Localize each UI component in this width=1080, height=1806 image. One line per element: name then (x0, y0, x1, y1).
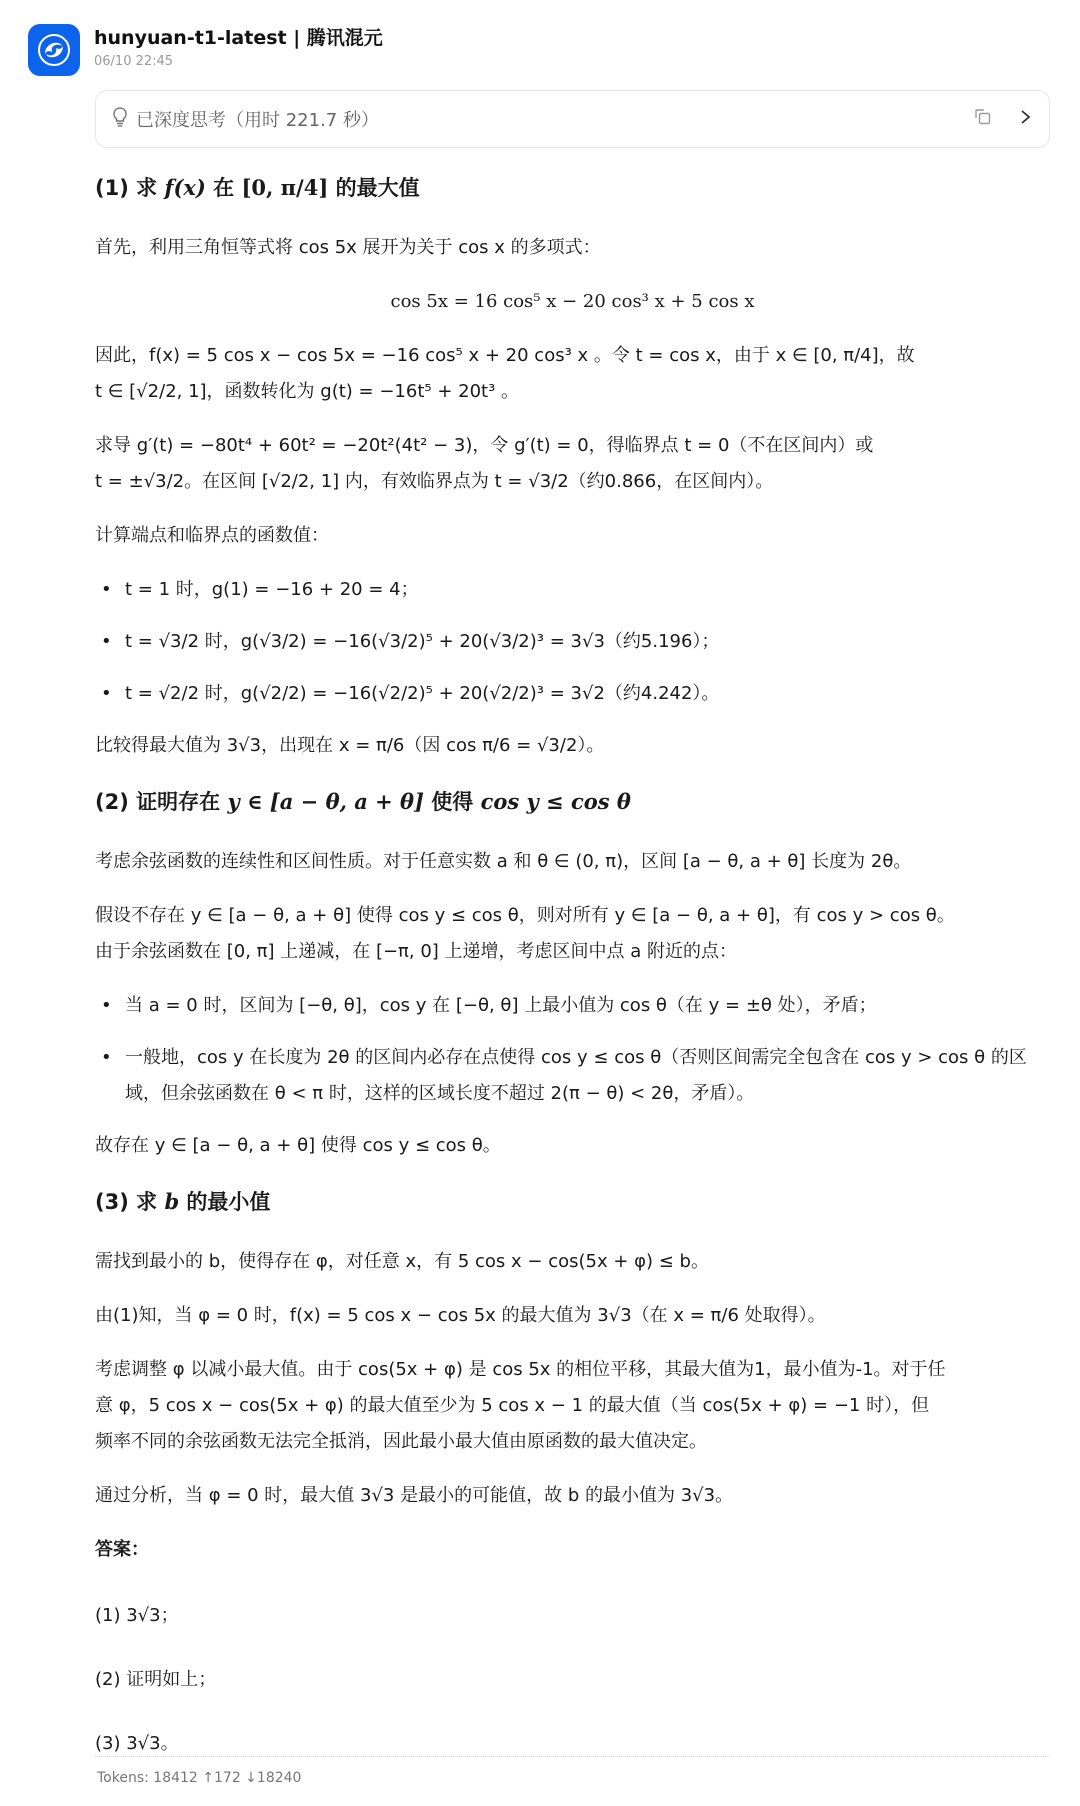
section2-heading: (2) 证明存在 y ∈ [a − θ, a + θ] 使得 cos y ≤ c… (95, 782, 1050, 822)
footer-divider (95, 1756, 1050, 1757)
token-count: Tokens: 18412 ↑172 ↓18240 (97, 1770, 301, 1786)
copy-icon[interactable] (973, 107, 993, 131)
model-title: hunyuan-t1-latest | 腾讯混元 (94, 25, 383, 51)
section1-values-list: t = 1 时，g(1) = −16 + 20 = 4； t = √3/2 时，… (95, 572, 1050, 712)
list-item: 当 a = 0 时，区间为 [−θ, θ]，cos y 在 [−θ, θ] 上最… (95, 988, 1050, 1024)
section1-evaluate-label: 计算端点和临界点的函数值： (95, 518, 1050, 554)
message-content: (1) 求 f(x) 在 [0, π/4] 的最大值 首先，利用三角恒等式将 c… (95, 168, 1050, 1780)
answer-item-1: (1) 3√3； (95, 1598, 1050, 1634)
section2-conclusion: 故存在 y ∈ [a − θ, a + θ] 使得 cos y ≤ cos θ。 (95, 1128, 1050, 1164)
section3-conclusion: 通过分析，当 φ = 0 时，最大值 3√3 是最小的可能值，故 b 的最小值为… (95, 1478, 1050, 1514)
lightbulb-icon (112, 106, 128, 132)
message-header: hunyuan-t1-latest | 腾讯混元 06/10 22:45 (28, 24, 383, 76)
list-item: t = 1 时，g(1) = −16 + 20 = 4； (95, 572, 1050, 608)
section3-from-part1: 由(1)知，当 φ = 0 时，f(x) = 5 cos x − cos 5x … (95, 1298, 1050, 1334)
section1-intro: 首先，利用三角恒等式将 cos 5x 展开为关于 cos x 的多项式： (95, 230, 1050, 266)
section2-intro: 考虑余弦函数的连续性和区间性质。对于任意实数 a 和 θ ∈ (0, π)，区间… (95, 844, 1050, 880)
answer-item-2: (2) 证明如上； (95, 1662, 1050, 1698)
section3-goal: 需找到最小的 b，使得存在 φ，对任意 x，有 5 cos x − cos(5x… (95, 1244, 1050, 1280)
section2-cases-list: 当 a = 0 时，区间为 [−θ, θ]，cos y 在 [−θ, θ] 上最… (95, 988, 1050, 1112)
section1-heading: (1) 求 f(x) 在 [0, π/4] 的最大值 (95, 168, 1050, 208)
answer-label: 答案： (95, 1532, 1050, 1568)
hunyuan-logo-icon (28, 24, 80, 76)
section3-heading: (3) 求 b 的最小值 (95, 1182, 1050, 1222)
section1-conclusion: 比较得最大值为 3√3，出现在 x = π/6（因 cos π/6 = √3/2… (95, 728, 1050, 764)
chevron-right-icon[interactable] (1019, 108, 1033, 130)
section1-substitution: 因此，f(x) = 5 cos x − cos 5x = −16 cos⁵ x … (95, 338, 1050, 410)
section3-phase-analysis: 考虑调整 φ 以减小最大值。由于 cos(5x + φ) 是 cos 5x 的相… (95, 1352, 1050, 1460)
list-item: t = √3/2 时，g(√3/2) = −16(√3/2)⁵ + 20(√3/… (95, 624, 1050, 660)
cos5x-identity: cos 5x = 16 cos⁵ x − 20 cos³ x + 5 cos x (95, 284, 1050, 320)
section2-assumption: 假设不存在 y ∈ [a − θ, a + θ] 使得 cos y ≤ cos … (95, 898, 1050, 970)
section1-derivative: 求导 g′(t) = −80t⁴ + 60t² = −20t²(4t² − 3)… (95, 428, 1050, 500)
list-item: 一般地，cos y 在长度为 2θ 的区间内必存在点使得 cos y ≤ cos… (95, 1040, 1050, 1112)
thinking-summary[interactable]: 已深度思考（用时 221.7 秒） (95, 90, 1050, 148)
list-item: t = √2/2 时，g(√2/2) = −16(√2/2)⁵ + 20(√2/… (95, 676, 1050, 712)
message-timestamp: 06/10 22:45 (94, 54, 383, 69)
thinking-label: 已深度思考（用时 221.7 秒） (136, 106, 379, 132)
